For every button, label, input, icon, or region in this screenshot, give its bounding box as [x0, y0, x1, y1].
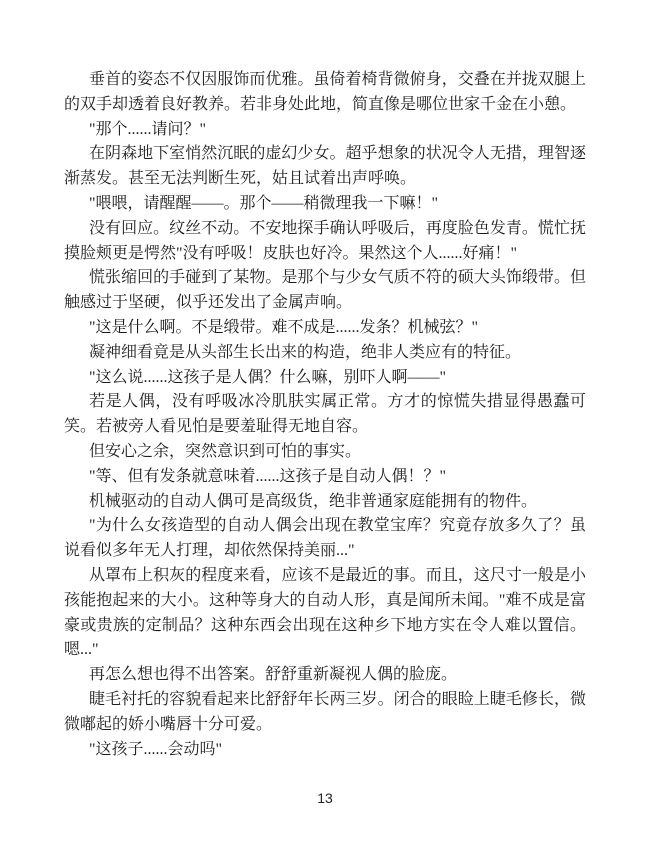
paragraph: 没有回应。纹丝不动。不安地探手确认呼吸后，再度脸色发青。慌忙抚摸脸颊更是愕然"没…: [64, 217, 586, 267]
paragraph: "喂喂，请醒醒——。那个——稍微理我一下嘛！": [64, 192, 586, 217]
paragraph: 但安心之余，突然意识到可怕的事实。: [64, 440, 586, 465]
paragraph: "这么说......这孩子是人偶？什么嘛，别吓人啊——": [64, 366, 586, 391]
paragraph: 慌张缩回的手碰到了某物。是那个与少女气质不符的硕大头饰缎带。但触感过于坚硬，似乎…: [64, 266, 586, 316]
paragraph: 凝神细看竟是从头部生长出来的构造，绝非人类应有的特征。: [64, 341, 586, 366]
paragraph: 机械驱动的自动人偶可是高级货，绝非普通家庭能拥有的物件。: [64, 490, 586, 515]
paragraph: "这是什么啊。不是缎带。难不成是......发条？机械弦？": [64, 316, 586, 341]
paragraph: 若是人偶，没有呼吸冰冷肌肤实属正常。方才的惊慌失措显得愚蠢可笑。若被旁人看见怕是…: [64, 390, 586, 440]
document-page: 垂首的姿态不仅因服饰而优雅。虽倚着椅背微俯身，交叠在并拢双腿上的双手却透着良好教…: [0, 0, 650, 850]
paragraph: "为什么女孩造型的自动人偶会出现在教堂宝库？究竟存放多久了？虽说看似多年无人打理…: [64, 514, 586, 564]
paragraph: 再怎么想也得不出答案。舒舒重新凝视人偶的脸庞。: [64, 663, 586, 688]
paragraph: 睫毛衬托的容貌看起来比舒舒年长两三岁。闭合的眼睑上睫毛修长，微微嘟起的娇小嘴唇十…: [64, 688, 586, 738]
paragraph: "等、但有发条就意味着......这孩子是自动人偶！？": [64, 465, 586, 490]
paragraph: "那个......请问？": [64, 118, 586, 143]
page-body-text: 垂首的姿态不仅因服饰而优雅。虽倚着椅背微俯身，交叠在并拢双腿上的双手却透着良好教…: [64, 68, 586, 762]
paragraph: 从罩布上积灰的程度来看，应该不是最近的事。而且，这尺寸一般是小孩能抱起来的大小。…: [64, 564, 586, 663]
page-number: 13: [0, 790, 650, 806]
paragraph: 在阴森地下室悄然沉眠的虚幻少女。超乎想象的状况令人无措，理智逐渐蒸发。甚至无法判…: [64, 142, 586, 192]
paragraph: 垂首的姿态不仅因服饰而优雅。虽倚着椅背微俯身，交叠在并拢双腿上的双手却透着良好教…: [64, 68, 586, 118]
paragraph: "这孩子......会动吗": [64, 738, 586, 763]
